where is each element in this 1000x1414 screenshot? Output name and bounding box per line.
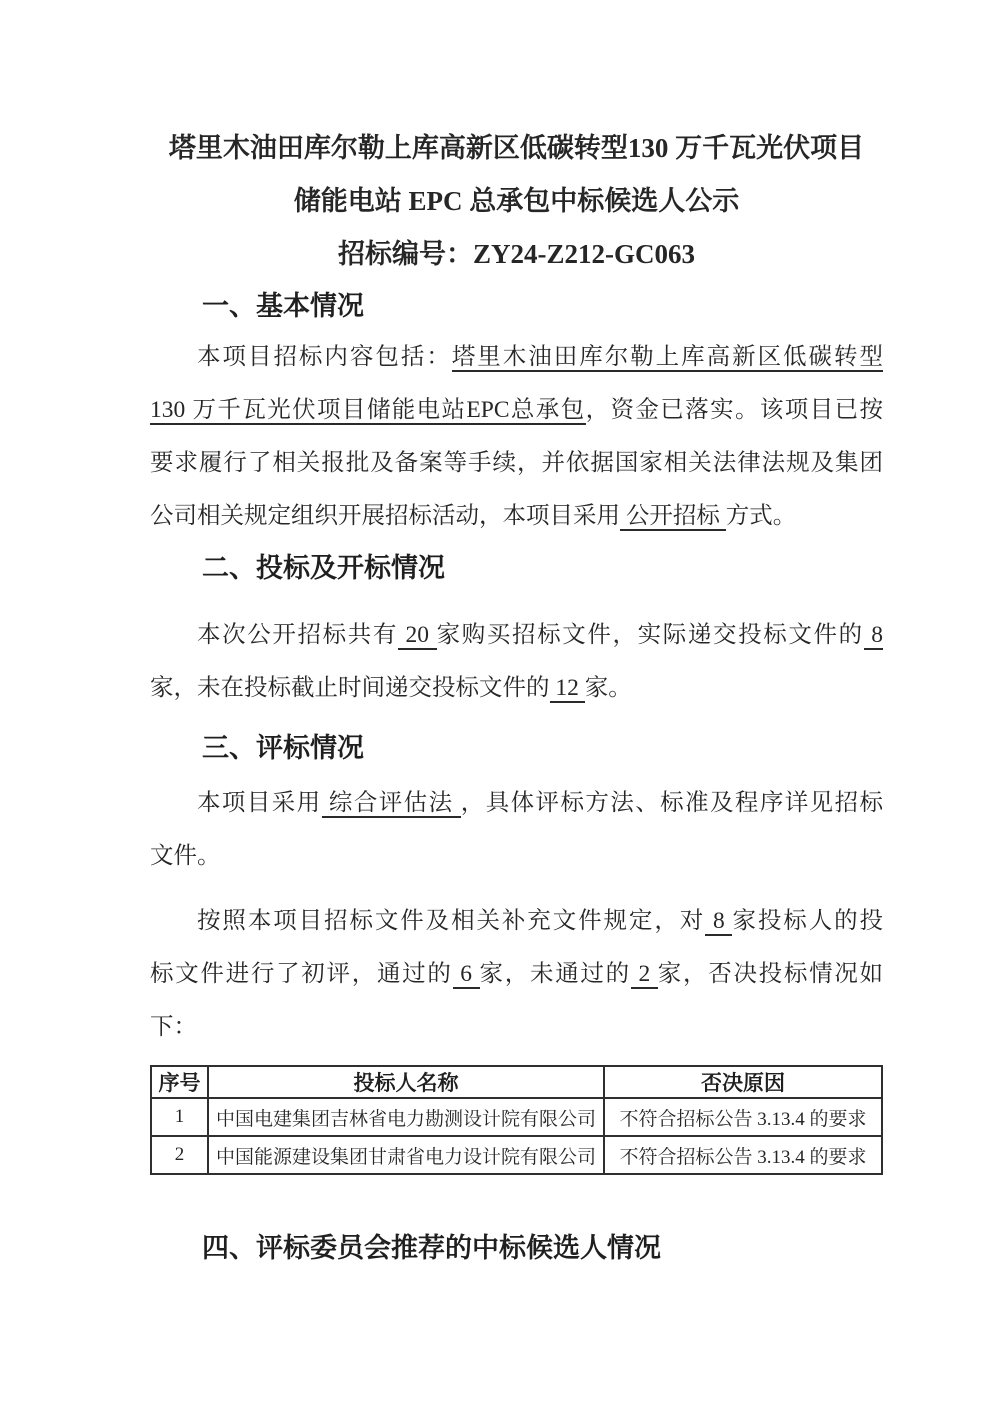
underlined-text-segment: 综合评估法 <box>322 790 461 818</box>
rejection-table: 序号 投标人名称 否决原因 1 中国电建集团吉林省电力勘测设计院有限公司 不符合… <box>150 1065 883 1175</box>
underlined-text-segment: 20 <box>398 622 437 650</box>
text-line: 本项目采用 综合评估法 ，具体评标方法、标准及程序详见招标 <box>150 777 883 830</box>
tender-number-line: 招标编号：ZY24-Z212-GC063 <box>150 228 883 281</box>
text-segment: 本项目采用 <box>197 790 322 816</box>
underlined-text-segment: 8 <box>864 622 883 650</box>
text-segment: 方式。 <box>726 503 797 529</box>
text-segment: 家投标人的投 <box>732 908 883 934</box>
table-header-serial-no: 序号 <box>151 1066 208 1098</box>
underlined-text-segment: 6 <box>453 961 480 989</box>
section-heading-bid-opening: 二、投标及开标情况 <box>150 543 883 593</box>
paragraph-initial-review: 按照本项目招标文件及相关补充文件规定，对 8 家投标人的投标文件进行了初评，通过… <box>150 895 883 1054</box>
table-cell-rejection-reason: 不符合招标公告 3.13.4 的要求 <box>604 1098 882 1136</box>
paragraph-basic-info: 本项目招标内容包括：塔里木油田库尔勒上库高新区低碳转型130 万千瓦光伏项目储能… <box>150 331 883 543</box>
text-line: 本项目招标内容包括：塔里木油田库尔勒上库高新区低碳转型 <box>150 331 883 384</box>
underlined-text-segment: 塔里木油田库尔勒上库高新区低碳转型 <box>452 344 883 372</box>
table-header-rejection-reason: 否决原因 <box>604 1066 882 1098</box>
section-heading-evaluation: 三、评标情况 <box>150 723 883 773</box>
text-segment: 下： <box>150 1014 197 1040</box>
text-line: 公司相关规定组织开展招标活动，本项目采用 公开招标 方式。 <box>150 490 883 543</box>
text-segment: 标文件进行了初评，通过的 <box>150 961 453 987</box>
text-line: 130 万千瓦光伏项目储能电站EPC总承包，资金已落实。该项目已按 <box>150 384 883 437</box>
paragraph-evaluation-method: 本项目采用 综合评估法 ，具体评标方法、标准及程序详见招标文件。 <box>150 777 883 883</box>
text-line: 要求履行了相关报批及备案等手续，并依据国家相关法律法规及集团 <box>150 437 883 490</box>
text-segment: ，具体评标方法、标准及程序详见招标 <box>461 790 883 816</box>
document-content: 塔里木油田库尔勒上库高新区低碳转型130 万千瓦光伏项目 储能电站 EPC 总承… <box>150 0 883 1273</box>
rejection-table-row-1: 1 中国电建集团吉林省电力勘测设计院有限公司 不符合招标公告 3.13.4 的要… <box>151 1098 882 1136</box>
underlined-text-segment: 12 <box>550 675 585 703</box>
underlined-text-segment: 8 <box>705 908 732 936</box>
rejection-table-header-row: 序号 投标人名称 否决原因 <box>151 1066 882 1098</box>
table-cell-bidder-name: 中国能源建设集团甘肃省电力设计院有限公司 <box>208 1136 604 1174</box>
table-header-bidder-name: 投标人名称 <box>208 1066 604 1098</box>
text-segment: 家，未通过的 <box>480 961 631 987</box>
table-cell-rejection-reason: 不符合招标公告 3.13.4 的要求 <box>604 1136 882 1174</box>
underlined-text-segment: 公开招标 <box>620 503 726 531</box>
text-segment: 家，否决投标情况如 <box>658 961 883 987</box>
text-line: 本次公开招标共有 20 家购买招标文件，实际递交投标文件的 8 <box>150 609 883 662</box>
text-line: 按照本项目招标文件及相关补充文件规定，对 8 家投标人的投 <box>150 895 883 948</box>
table-cell-serial-no: 2 <box>151 1136 208 1174</box>
text-line: 文件。 <box>150 830 883 883</box>
document-page: 塔里木油田库尔勒上库高新区低碳转型130 万千瓦光伏项目 储能电站 EPC 总承… <box>0 0 1000 1414</box>
text-line: 家，未在投标截止时间递交投标文件的 12 家。 <box>150 662 883 715</box>
section-heading-win-candidates: 四、评标委员会推荐的中标候选人情况 <box>150 1223 883 1273</box>
text-line: 下： <box>150 1001 883 1054</box>
document-title-line-1: 塔里木油田库尔勒上库高新区低碳转型130 万千瓦光伏项目 <box>150 122 883 175</box>
text-line: 标文件进行了初评，通过的 6 家，未通过的 2 家，否决投标情况如 <box>150 948 883 1001</box>
document-title-block: 塔里木油田库尔勒上库高新区低碳转型130 万千瓦光伏项目 储能电站 EPC 总承… <box>150 0 883 281</box>
text-segment: ，资金已落实。该项目已按 <box>586 397 883 423</box>
text-segment: 本项目招标内容包括： <box>197 344 452 370</box>
underlined-text-segment: 130 万千瓦光伏项目储能电站EPC总承包 <box>150 397 586 425</box>
document-title-line-2: 储能电站 EPC 总承包中标候选人公示 <box>150 175 883 228</box>
text-segment: 按照本项目招标文件及相关补充文件规定，对 <box>197 908 705 934</box>
section-heading-basic-info: 一、基本情况 <box>150 281 883 331</box>
text-segment: 本次公开招标共有 <box>197 622 398 648</box>
paragraph-bid-opening: 本次公开招标共有 20 家购买招标文件，实际递交投标文件的 8 家，未在投标截止… <box>150 609 883 715</box>
rejection-table-row-2: 2 中国能源建设集团甘肃省电力设计院有限公司 不符合招标公告 3.13.4 的要… <box>151 1136 882 1174</box>
text-segment: 家购买招标文件，实际递交投标文件的 <box>437 622 864 648</box>
text-segment: 文件。 <box>150 843 221 869</box>
underlined-text-segment: 2 <box>631 961 658 989</box>
table-cell-serial-no: 1 <box>151 1098 208 1136</box>
text-segment: 家，未在投标截止时间递交投标文件的 <box>150 675 550 701</box>
text-segment: 要求履行了相关报批及备案等手续，并依据国家相关法律法规及集团 <box>150 450 883 476</box>
text-segment: 公司相关规定组织开展招标活动，本项目采用 <box>150 503 620 529</box>
text-segment: 家。 <box>585 675 632 701</box>
table-cell-bidder-name: 中国电建集团吉林省电力勘测设计院有限公司 <box>208 1098 604 1136</box>
